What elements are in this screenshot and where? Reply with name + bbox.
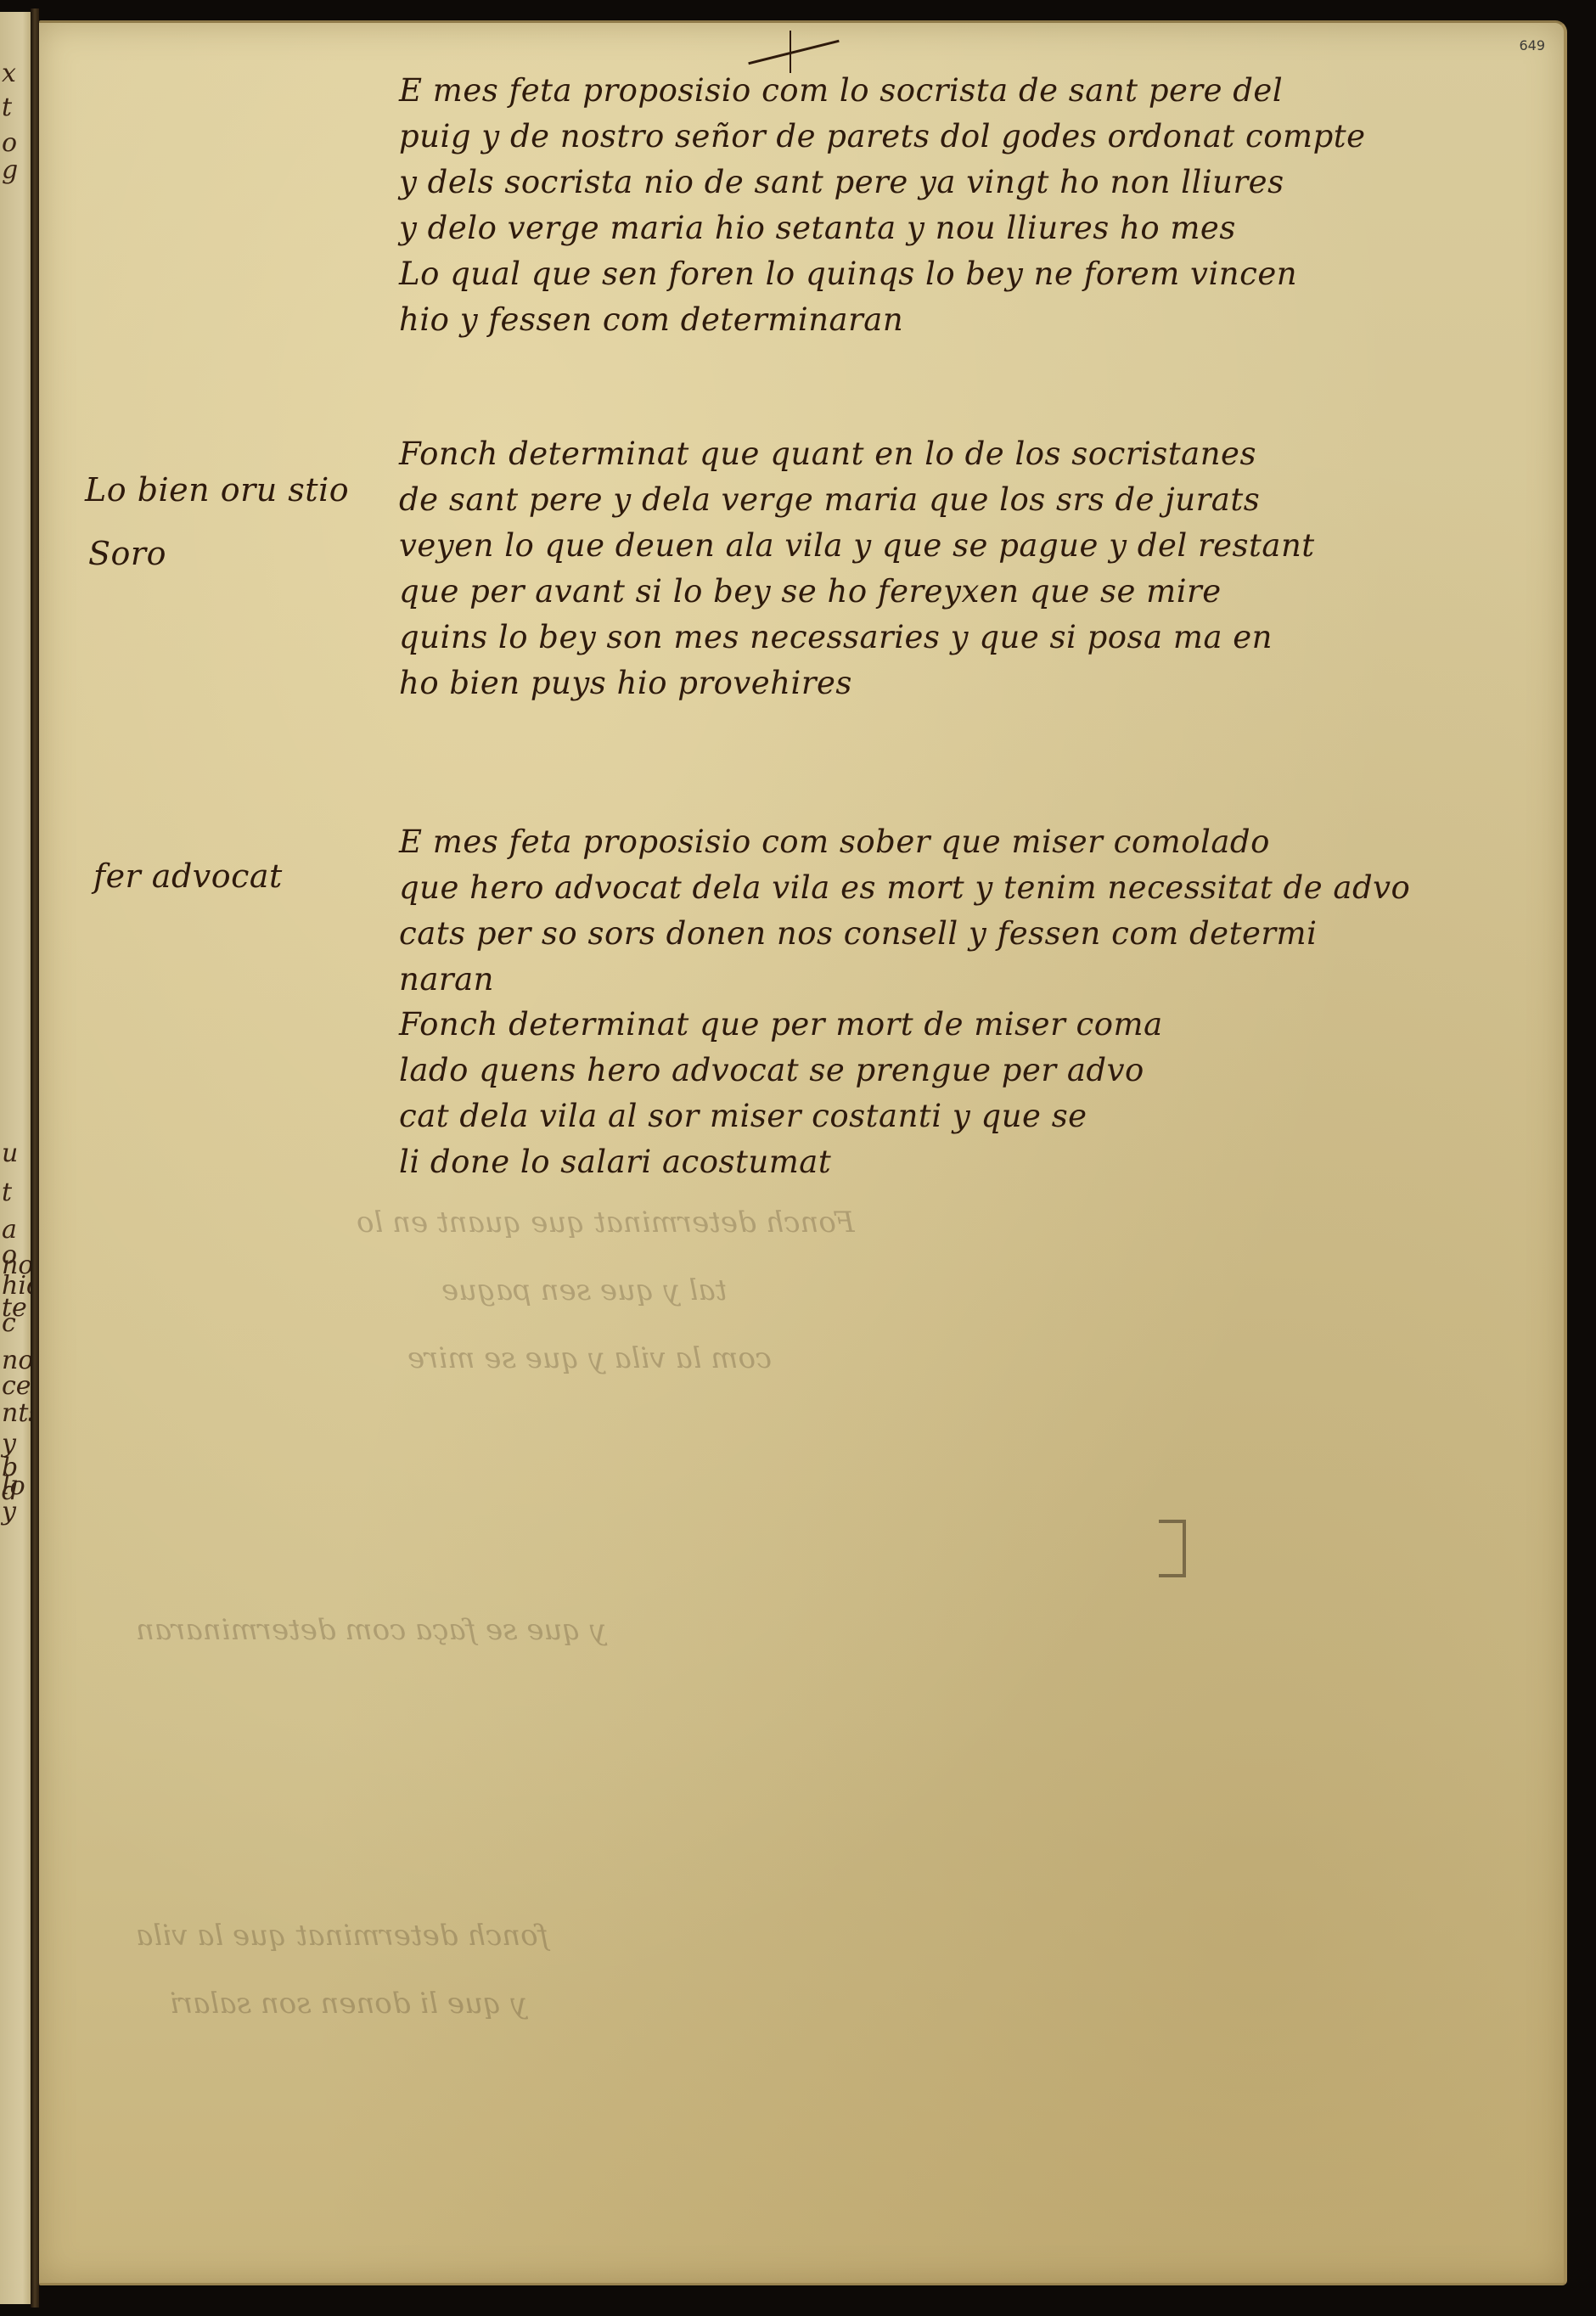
bleed-through-letter (1159, 1520, 1186, 1577)
left-fragment: d (2, 1479, 18, 1504)
left-fragment: t (2, 1180, 12, 1206)
text-line: cat dela vila al sor miser costanti y qu… (399, 1093, 1554, 1139)
text-line: E mes feta proposisio com sober que mise… (399, 819, 1554, 865)
book-gutter (31, 8, 39, 2308)
text-line: Fonch determinat que quant en lo de los … (399, 431, 1554, 477)
left-fragment: no (2, 1348, 33, 1374)
text-line: E mes feta proposisio com lo socrista de… (399, 68, 1554, 114)
bleed-through-text: fonch determinat que la vila (136, 1919, 548, 1953)
bleed-through-text: y que li donen son salari (170, 1987, 527, 2021)
text-line: y delo verge maria hio setanta y nou lli… (399, 205, 1554, 251)
margin-note: Soro (88, 535, 166, 572)
left-fragment: x (2, 61, 16, 87)
left-fragment: g (2, 158, 18, 183)
text-line: Fonch determinat que per mort de miser c… (399, 1002, 1554, 1048)
text-line: que per avant si lo bey se ho fereyxen q… (399, 569, 1554, 615)
entry-proposal-socristans: E mes feta proposisio com lo socrista de… (399, 68, 1554, 343)
manuscript-scan: x t o g u t a o no hio te c no ce nts y … (0, 0, 1596, 2316)
text-line: li done lo salari acostumat (399, 1139, 1554, 1185)
bleed-through-text: Fonch determinat que quant en lo (357, 1206, 855, 1240)
folio-number: 649 (1519, 37, 1545, 53)
left-fragment: ce (2, 1374, 31, 1399)
text-line: que hero advocat dela vila es mort y ten… (399, 865, 1554, 911)
text-line: quins lo bey son mes necessaries y que s… (399, 615, 1554, 661)
text-line: lado quens hero advocat se prengue per a… (399, 1048, 1554, 1093)
bleed-through-text: y que se faça com determinaran (136, 1613, 606, 1647)
entry-determination-advocat: Fonch determinat que per mort de miser c… (399, 1002, 1554, 1185)
left-fragment: o (2, 131, 17, 156)
margin-note: fer advocat (93, 857, 283, 895)
text-line: de sant pere y dela verge maria que los … (399, 477, 1554, 523)
text-line: hio y fessen com determinaran (399, 297, 1554, 343)
text-line: Lo qual que sen foren lo quinqs lo bey n… (399, 251, 1554, 297)
left-fragment: c (2, 1311, 16, 1336)
margin-note: Lo bien oru stio (85, 471, 349, 509)
text-line: veyen lo que deuen ala vila y que se pag… (399, 523, 1554, 569)
text-line: cats per so sors donen nos consell y fes… (399, 911, 1554, 957)
left-fragment: a (2, 1217, 17, 1243)
left-fragment: u (2, 1141, 18, 1166)
text-line: y dels socrista nio de sant pere ya ving… (399, 160, 1554, 205)
left-fragment: t (2, 95, 12, 121)
bleed-through-text: tal y que sen pague (441, 1273, 727, 1307)
entry-determination-socristans: Fonch determinat que quant en lo de los … (399, 431, 1554, 706)
text-line: naran (399, 957, 1554, 1003)
bleed-through-text: com la vila y que se mire (407, 1341, 772, 1375)
text-line: ho bien puys hio provehires (399, 661, 1554, 706)
entry-proposal-advocat: E mes feta proposisio com sober que mise… (399, 819, 1554, 1003)
text-line: puig y de nostro señor de parets dol god… (399, 114, 1554, 160)
adjoining-page-strip: x t o g u t a o no hio te c no ce nts y … (0, 12, 32, 2304)
